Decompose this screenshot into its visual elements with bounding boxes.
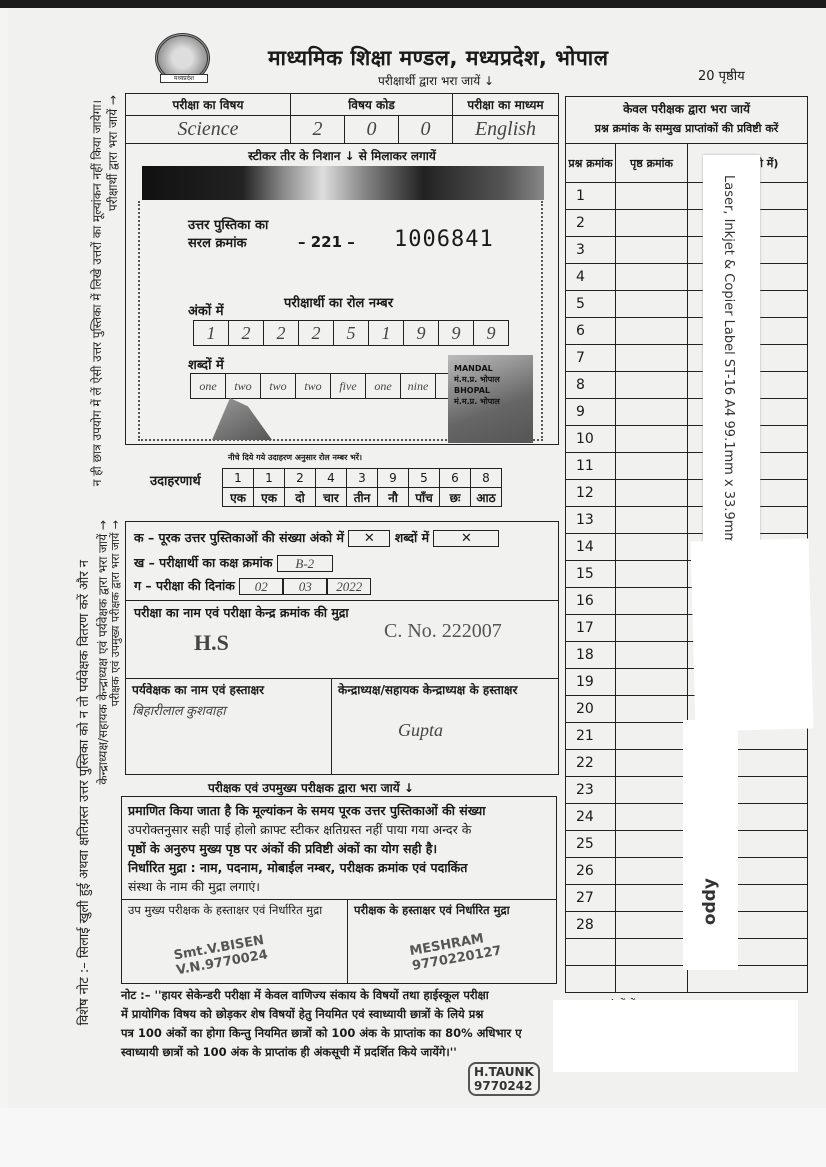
- stamp-line: मं.म.प्र. भोपाल: [454, 374, 500, 385]
- subject-field[interactable]: Science: [126, 116, 291, 144]
- label-sticker-strip: Laser, Inkjet & Copier Label ST-16 A4 99…: [703, 155, 760, 545]
- roll-word[interactable]: two: [226, 374, 261, 399]
- cert-line: पृष्ठों के अनुरुप मुख्य पृष्ठ पर अंकों क…: [128, 839, 550, 858]
- question-number: 14: [566, 534, 616, 561]
- page-number-cell[interactable]: [616, 696, 688, 723]
- page-number-cell[interactable]: [616, 885, 688, 912]
- exam-date-row: ग – परीक्षा की दिनांक 02032022: [134, 577, 371, 595]
- note-line: स्वाध्यायी छात्रों को 100 अंक के प्राप्त…: [121, 1043, 557, 1062]
- roll-words-label: शब्दों में: [188, 355, 224, 373]
- page-number-cell[interactable]: [616, 777, 688, 804]
- page-number-cell[interactable]: [616, 669, 688, 696]
- question-number: 20: [566, 696, 616, 723]
- marks-head-line1: केवल परीक्षक द्वारा भरा जायें: [566, 99, 807, 119]
- invigilator-cell: पर्यवेक्षक का नाम एवं हस्ताक्षर बिहारीला…: [126, 679, 332, 775]
- note-line: में प्रायोगिक विषय को छोड़कर शेष विषयों …: [121, 1005, 557, 1024]
- question-number: 12: [566, 480, 616, 507]
- supplementary-count-label: क – पूरक उत्तर पुस्तिकाओं की संख्या अंको…: [134, 530, 344, 545]
- page-number-cell[interactable]: [616, 561, 688, 588]
- deputy-examiner-label: उप मुख्य परीक्षक के हस्ताक्षर एवं निर्धा…: [128, 903, 341, 918]
- supplementary-words-label: शब्दों में: [395, 530, 429, 545]
- certification-box: प्रमाणित किया जाता है कि मूल्यांकन के सम…: [121, 796, 557, 900]
- stamp-line: MANDAL: [454, 363, 500, 374]
- code-digit[interactable]: 2: [291, 116, 345, 144]
- code-digit[interactable]: 0: [399, 116, 453, 144]
- page-number-cell[interactable]: [616, 210, 688, 237]
- page-number-cell[interactable]: [616, 453, 688, 480]
- side-note-2: परीक्षार्थी द्वारा भरा जायें →: [104, 95, 121, 211]
- page-number-cell[interactable]: [616, 831, 688, 858]
- deputy-examiner-stamp: Smt.V.BISEN V.N.9770024: [173, 920, 343, 979]
- page-number-cell[interactable]: [616, 237, 688, 264]
- question-number: 19: [566, 669, 616, 696]
- supplementary-count-row: क – पूरक उत्तर पुस्तिकाओं की संख्या अंको…: [134, 529, 499, 547]
- center-head-signature[interactable]: Gupta: [398, 720, 552, 741]
- page-number-cell[interactable]: [616, 480, 688, 507]
- board-title: माध्यमिक शिक्षा मण्डल, मध्यप्रदेश, भोपाल: [268, 44, 608, 72]
- page-number-cell[interactable]: [616, 345, 688, 372]
- page-number-cell[interactable]: [616, 642, 688, 669]
- example-word: दो: [285, 488, 316, 507]
- deputy-examiner-cell: उप मुख्य परीक्षक के हस्ताक्षर एवं निर्धा…: [122, 900, 348, 984]
- label-strip-text: Laser, Inkjet & Copier Label ST-16 A4 99…: [721, 175, 736, 578]
- examiner-stamp: MESHRAM 9770220127: [408, 920, 551, 974]
- board-stamp: MANDAL मं.म.प्र. भोपाल BHOPAL मं.म.प्र. …: [454, 363, 500, 407]
- invigilator-label: पर्यवेक्षक का नाम एवं हस्ताक्षर: [132, 681, 325, 698]
- question-number: 25: [566, 831, 616, 858]
- question-number: 4: [566, 264, 616, 291]
- question-number: 22: [566, 750, 616, 777]
- cert-line: संस्था के नाम की मुद्रा लगाएं।: [128, 877, 550, 896]
- roll-digit[interactable]: 1: [369, 321, 404, 346]
- marks-row: 4: [566, 264, 808, 291]
- roll-digits-label: अंकों में: [188, 301, 224, 319]
- roll-words-table: one two two two five one nine n: [190, 373, 471, 399]
- question-number: 1: [566, 183, 616, 210]
- example-word: चार: [316, 488, 347, 507]
- question-number: 8: [566, 372, 616, 399]
- stamp-line: 9770242: [474, 1079, 534, 1093]
- room-number-field[interactable]: B-2: [277, 555, 333, 572]
- marks-row: 11: [566, 453, 808, 480]
- exam-name-stamp: H.S: [194, 630, 229, 656]
- page-number-cell[interactable]: [616, 588, 688, 615]
- cert-line: निर्धारित मुद्रा : नाम, पदनाम, मोबाईल नम…: [128, 858, 550, 877]
- question-number: 18: [566, 642, 616, 669]
- question-number: 24: [566, 804, 616, 831]
- question-number: [566, 939, 616, 966]
- marks-row: 8: [566, 372, 808, 399]
- cert-line: उपरोक्तनुसार सही पाई होलो क्राफ्ट स्टीकर…: [128, 820, 550, 839]
- note-line: नोट :– ''हायर सेकेन्डरी परीक्षा में केवल…: [121, 986, 557, 1005]
- marks-row: 13: [566, 507, 808, 534]
- example-digit: 2: [285, 469, 316, 488]
- exam-center-label: परीक्षा का नाम एवं परीक्षा केन्द्र क्रमा…: [134, 604, 349, 621]
- question-number: 7: [566, 345, 616, 372]
- marks-row: 12: [566, 480, 808, 507]
- page-number-cell[interactable]: [616, 318, 688, 345]
- question-number: 23: [566, 777, 616, 804]
- example-digit: 1: [223, 469, 254, 488]
- sticker-area: स्टीकर तीर के निशान ↓ से मिलाकर लगायें उ…: [125, 143, 559, 445]
- note-line: पत्र 100 अंकों का होगा किन्तु नियमित छात…: [121, 1024, 557, 1043]
- label-brand: oddy: [700, 878, 720, 925]
- example-word: एक: [223, 488, 254, 507]
- marks-head-line2: प्रश्न क्रमांक के सम्मुख प्राप्तांकों की…: [566, 119, 807, 139]
- question-number: 13: [566, 507, 616, 534]
- sticker-instruction: स्टीकर तीर के निशान ↓ से मिलाकर लगायें: [126, 147, 558, 164]
- roll-digit[interactable]: 2: [299, 321, 334, 346]
- question-number: 3: [566, 237, 616, 264]
- roll-digit[interactable]: 9: [404, 321, 439, 346]
- page-number-cell[interactable]: [616, 264, 688, 291]
- code-header: विषय कोड: [291, 94, 453, 116]
- scan-top-border: [0, 0, 826, 8]
- page-number-cell[interactable]: [616, 291, 688, 318]
- page-number-cell[interactable]: [616, 507, 688, 534]
- roll-digit[interactable]: 9: [439, 321, 474, 346]
- exam-details-section: क – पूरक उत्तर पुस्तिकाओं की संख्या अंको…: [125, 521, 559, 601]
- stamp-line: BHOPAL: [454, 385, 500, 396]
- roll-word[interactable]: five: [331, 374, 366, 399]
- page-number-cell[interactable]: [616, 534, 688, 561]
- examiner-fill-note: परीक्षक एवं उपमुख्य परीक्षक द्वारा भरा ज…: [208, 779, 414, 796]
- serial-label-line1: उत्तर पुस्तिका का: [188, 217, 268, 235]
- page-number-cell[interactable]: [616, 399, 688, 426]
- question-number: [566, 966, 616, 993]
- marks-row: 6: [566, 318, 808, 345]
- cert-line: प्रमाणित किया जाता है कि मूल्यांकन के सम…: [128, 801, 550, 820]
- white-paper-strip: [683, 720, 738, 970]
- example-word: पाँच: [409, 488, 440, 507]
- taunk-stamp: H.TAUNK 9770242: [468, 1062, 540, 1096]
- page-number-cell[interactable]: [616, 858, 688, 885]
- serial-label-line2: सरल क्रमांक: [188, 235, 268, 253]
- marks-table-header: केवल परीक्षक द्वारा भरा जायें प्रश्न क्र…: [565, 96, 808, 144]
- page-number-cell[interactable]: [616, 912, 688, 939]
- question-number: 26: [566, 858, 616, 885]
- roll-word[interactable]: one: [191, 374, 226, 399]
- question-number: 2: [566, 210, 616, 237]
- scan-bottom-margin: [0, 1108, 826, 1167]
- white-paper-patch: [691, 538, 814, 731]
- example-word: नौ: [378, 488, 409, 507]
- medium-header: परीक्षा का माध्यम: [453, 94, 559, 116]
- side-note-3: विशेष नोट :– सिलाई खुली हुई अथवा क्षतिग्…: [76, 560, 94, 1025]
- examiner-label: परीक्षक के हस्ताक्षर एवं निर्धारित मुद्र…: [354, 903, 550, 918]
- invigilator-name[interactable]: बिहारीलाल कुशवाहा: [132, 701, 325, 719]
- room-number-row: ख – परीक्षार्थी का कक्ष क्रमांक B-2: [134, 554, 333, 572]
- marks-row: 10: [566, 426, 808, 453]
- question-number: 10: [566, 426, 616, 453]
- examiner-cell: परीक्षक के हस्ताक्षर एवं निर्धारित मुद्र…: [348, 900, 557, 984]
- page-number-cell[interactable]: [616, 804, 688, 831]
- page-no-header: पृष्ठ क्रमांक: [616, 144, 688, 183]
- example-note: नीचे दिये गये उदाहरण अनुसार रोल नम्बर भर…: [228, 452, 362, 463]
- exam-date-day[interactable]: 02: [239, 578, 283, 595]
- serial-label: उत्तर पुस्तिका का सरल क्रमांक: [188, 217, 268, 253]
- question-number: 28: [566, 912, 616, 939]
- marks-row: 3: [566, 237, 808, 264]
- example-digit: 6: [440, 469, 471, 488]
- side-note-1: न ही छात्र उपयोग में लें ऐसी उत्तर पुस्त…: [88, 100, 105, 486]
- subject-header: परीक्षा का विषय: [126, 94, 291, 116]
- exam-center-section: परीक्षा का नाम एवं परीक्षा केन्द्र क्रमा…: [125, 600, 559, 679]
- subject-table: परीक्षा का विषय विषय कोड परीक्षा का माध्…: [125, 93, 559, 144]
- question-number: 21: [566, 723, 616, 750]
- example-word: आठ: [471, 488, 502, 507]
- exam-date-label: ग – परीक्षा की दिनांक: [134, 578, 235, 593]
- question-number: 6: [566, 318, 616, 345]
- center-head-label: केन्द्राध्यक्ष/सहायक केन्द्राध्यक्ष के ह…: [338, 681, 552, 698]
- example-digit: 9: [378, 469, 409, 488]
- question-no-header: प्रश्न क्रमांक: [566, 144, 616, 183]
- page-number-cell[interactable]: [616, 183, 688, 210]
- roll-digit[interactable]: 2: [264, 321, 299, 346]
- page-count: 20 पृष्ठीय: [698, 66, 745, 84]
- question-number: 15: [566, 561, 616, 588]
- roll-digit[interactable]: 9: [474, 321, 509, 346]
- serial-code: – 221 –: [298, 233, 355, 251]
- marks-row: 9: [566, 399, 808, 426]
- example-digit: 8: [471, 469, 502, 488]
- question-number: 27: [566, 885, 616, 912]
- example-digit: 3: [347, 469, 378, 488]
- marks-row: 2: [566, 210, 808, 237]
- question-number: 16: [566, 588, 616, 615]
- roll-word[interactable]: one: [366, 374, 401, 399]
- roll-word[interactable]: two: [296, 374, 331, 399]
- page-number-cell[interactable]: [616, 723, 688, 750]
- serial-number: 1006841: [394, 227, 494, 252]
- center-head-cell: केन्द्राध्यक्ष/सहायक केन्द्राध्यक्ष के ह…: [332, 679, 559, 775]
- side-note-5: परीक्षक एवं उपमुख्य परीक्षक द्वारा भरा ज…: [108, 520, 123, 706]
- marks-row: 5: [566, 291, 808, 318]
- marks-row: 7: [566, 345, 808, 372]
- white-paper-patch-bottom: [553, 1000, 798, 1072]
- example-word: एक: [254, 488, 285, 507]
- page-number-cell[interactable]: [616, 615, 688, 642]
- supervisor-signature-table: पर्यवेक्षक का नाम एवं हस्ताक्षर बिहारीला…: [125, 678, 559, 775]
- roll-digit[interactable]: 1: [194, 321, 229, 346]
- roll-word[interactable]: nine: [401, 374, 436, 399]
- roll-number-title: परीक्षार्थी का रोल नम्बर: [284, 293, 393, 311]
- example-word: तीन: [347, 488, 378, 507]
- marks-row: 1: [566, 183, 808, 210]
- roll-digit[interactable]: 2: [229, 321, 264, 346]
- supplementary-count-digits[interactable]: ✕: [348, 530, 390, 547]
- example-label: उदाहरणार्थ: [150, 471, 201, 489]
- supplementary-count-words[interactable]: ✕: [433, 530, 499, 547]
- stamp-line: मं.म.प्र. भोपाल: [454, 396, 500, 407]
- roll-word[interactable]: two: [261, 374, 296, 399]
- center-number-stamp: C. No. 222007: [384, 620, 502, 643]
- roll-digit[interactable]: 5: [334, 321, 369, 346]
- candidate-fill-note: परीक्षार्थी द्वारा भरा जायें ↓: [378, 72, 494, 89]
- roll-digits-table: 1 2 2 2 5 1 9 9 9: [193, 320, 509, 346]
- example-table: 1 1 2 4 3 9 5 6 8 एक एक दो चार तीन नौ पा…: [222, 468, 502, 507]
- question-number: 5: [566, 291, 616, 318]
- page-number-cell[interactable]: [616, 426, 688, 453]
- hologram-sticker: [142, 166, 544, 200]
- question-number: 17: [566, 615, 616, 642]
- exam-date-year[interactable]: 2022: [327, 578, 371, 595]
- exam-date-month[interactable]: 03: [283, 578, 327, 595]
- example-digit: 1: [254, 469, 285, 488]
- room-number-label: ख – परीक्षार्थी का कक्ष क्रमांक: [134, 555, 272, 570]
- code-digit[interactable]: 0: [345, 116, 399, 144]
- question-number: 11: [566, 453, 616, 480]
- examiner-signature-table: उप मुख्य परीक्षक के हस्ताक्षर एवं निर्धा…: [121, 899, 557, 984]
- page-number-cell[interactable]: [616, 750, 688, 777]
- question-number: 9: [566, 399, 616, 426]
- page-number-cell[interactable]: [616, 372, 688, 399]
- example-digit: 5: [409, 469, 440, 488]
- example-digit: 4: [316, 469, 347, 488]
- page-number-cell[interactable]: [616, 966, 688, 993]
- footer-note: नोट :– ''हायर सेकेन्डरी परीक्षा में केवल…: [121, 986, 557, 1062]
- example-word: छः: [440, 488, 471, 507]
- page-number-cell[interactable]: [616, 939, 688, 966]
- logo-band: मध्यप्रदेश: [160, 74, 208, 83]
- medium-field[interactable]: English: [453, 116, 559, 144]
- stamp-line: H.TAUNK: [474, 1065, 534, 1079]
